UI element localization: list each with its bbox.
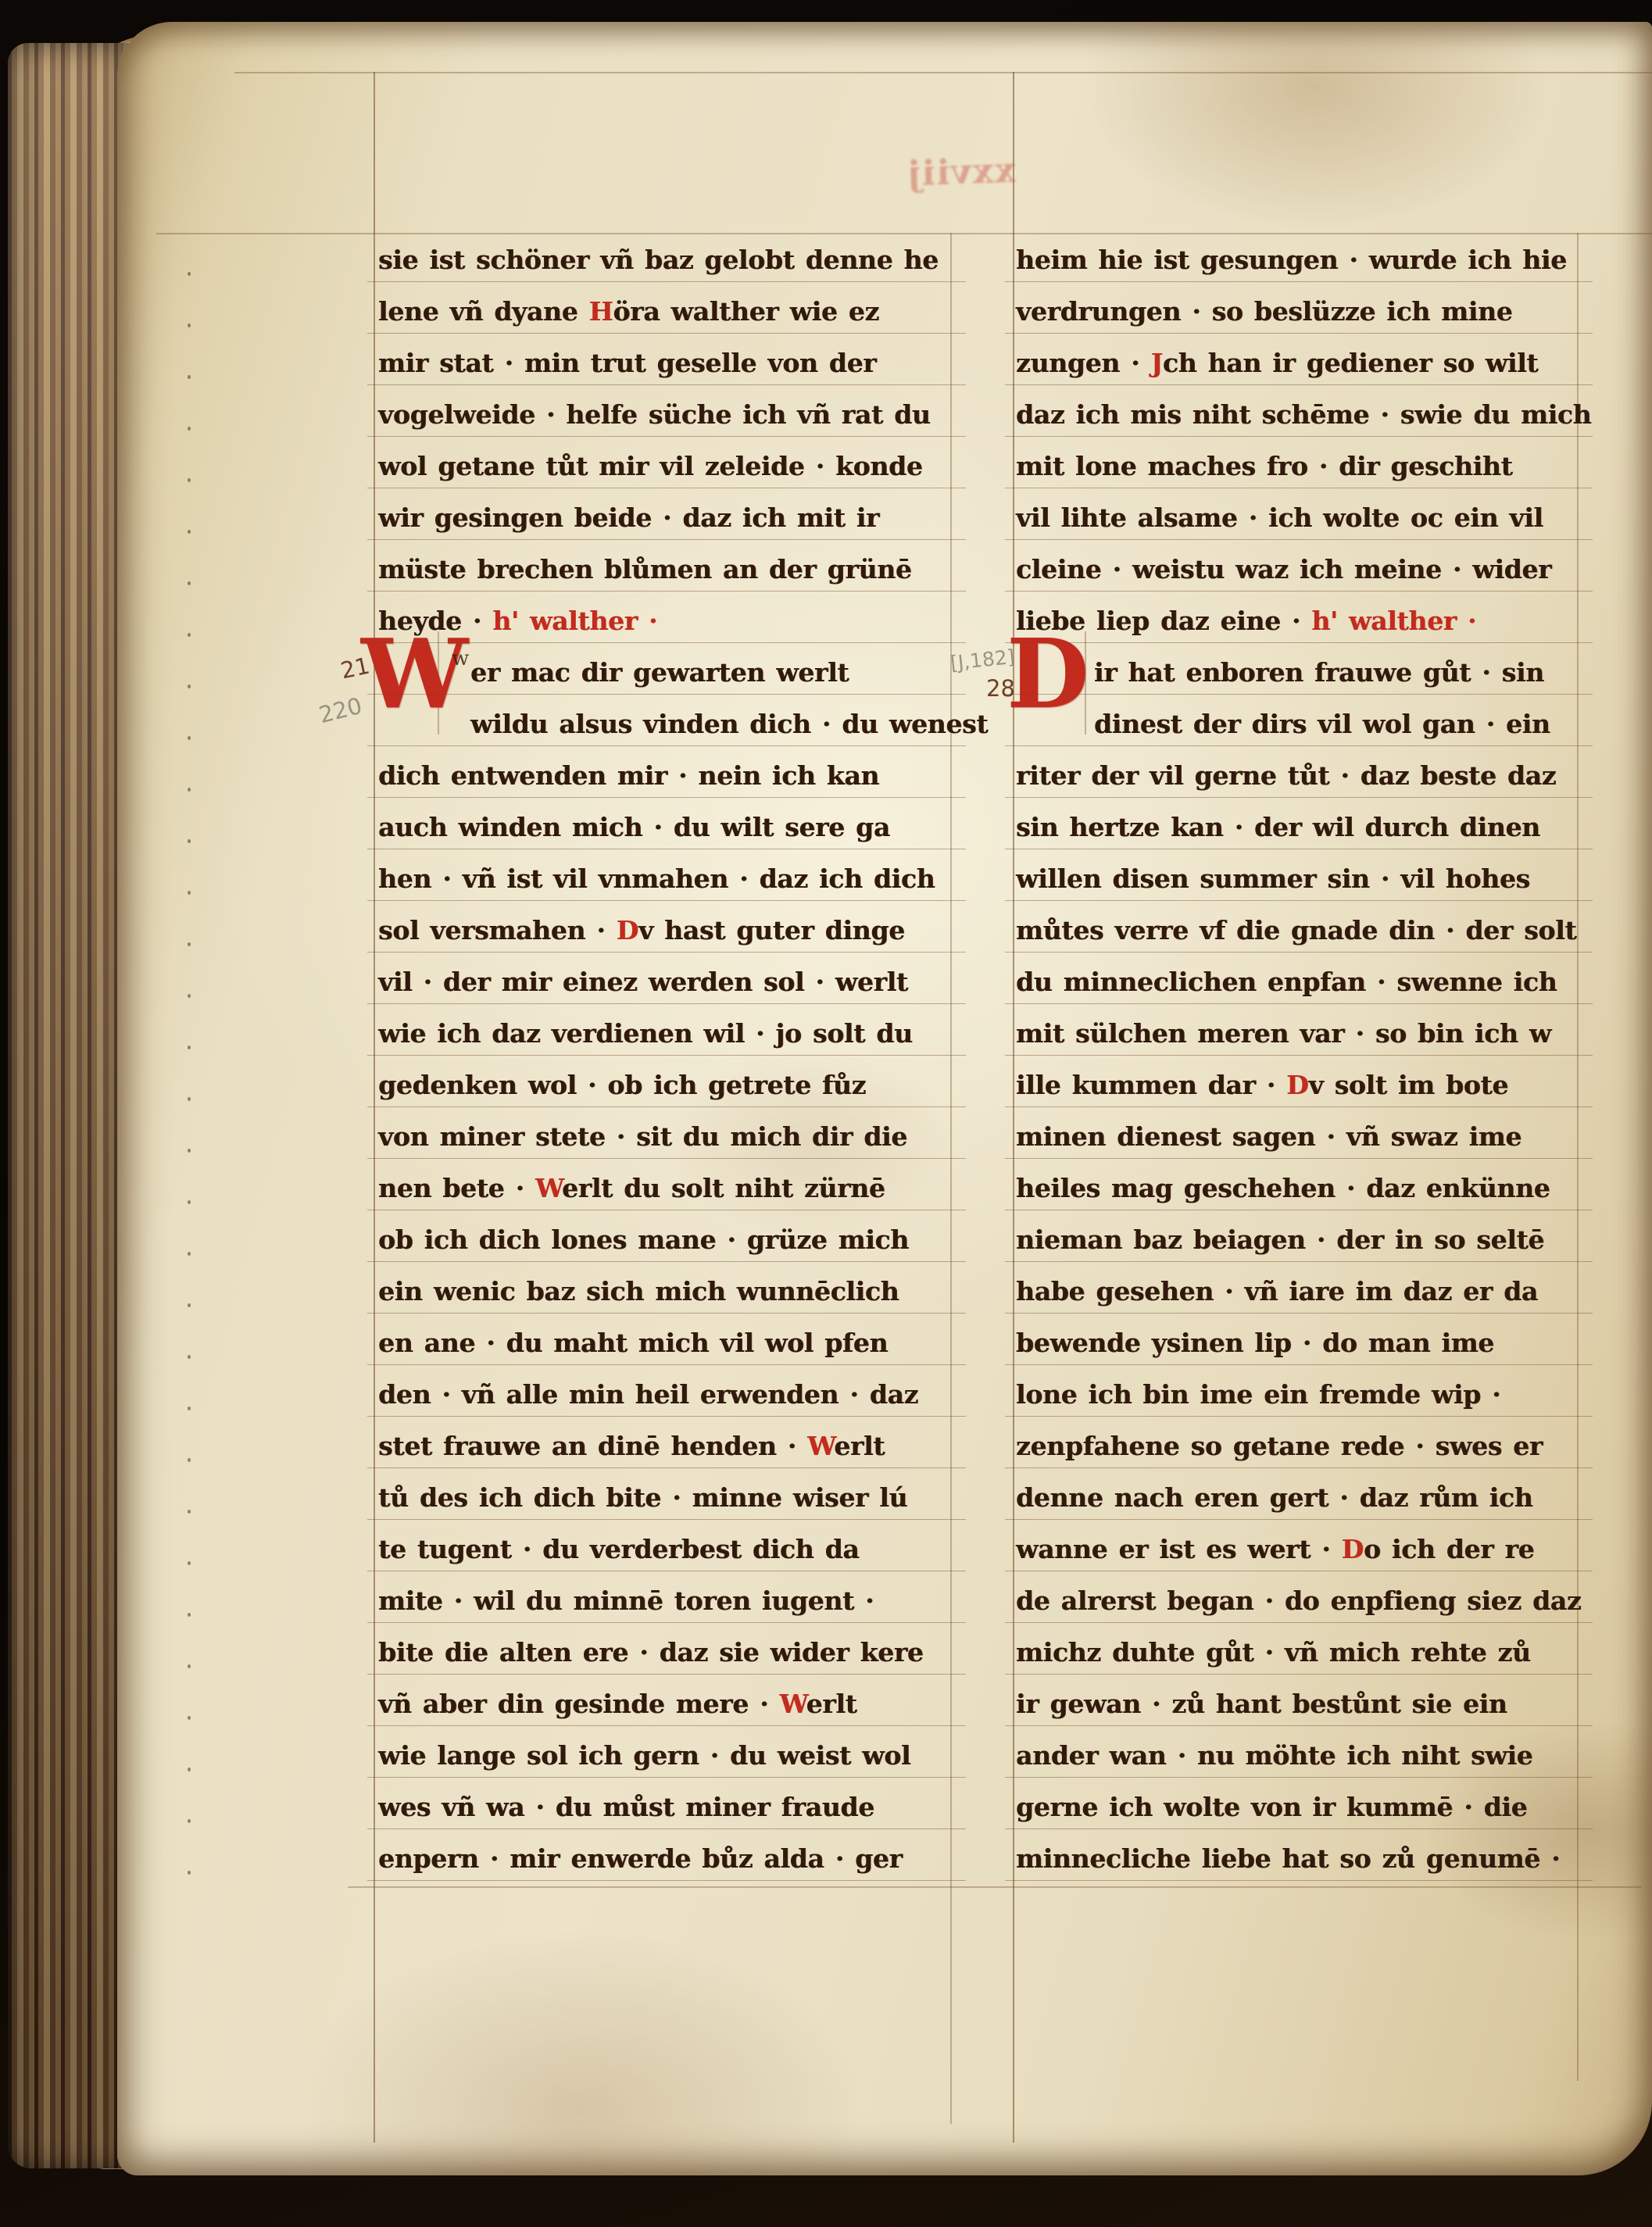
text-line: cleine · weistu waz ich meine · wider <box>1016 545 1580 597</box>
ink-text: sol versmahen · <box>378 915 617 945</box>
text-line: minen dienest sagen · vñ swaz ime <box>1016 1113 1580 1164</box>
text-line: wie lange sol ich gern · du weist wol <box>378 1732 953 1783</box>
gutter-note-ink-28: 28 <box>986 675 1015 702</box>
text-line: auch winden mich · du wilt sere ga <box>378 803 953 855</box>
rubric-text: W <box>779 1689 806 1719</box>
prick-mark <box>188 1768 191 1771</box>
text-line: heiles mag geschehen · daz enkünne <box>1016 1164 1580 1216</box>
prick-mark <box>188 633 191 637</box>
text-line: en ane · du maht mich vil wol pfen <box>378 1319 953 1371</box>
prick-mark <box>188 375 191 379</box>
prick-mark <box>188 839 191 843</box>
text-line: de alrerst began · do enpfieng siez daz <box>1016 1577 1580 1628</box>
text-line: bewende ysinen lip · do man ime <box>1016 1319 1580 1371</box>
prick-mark <box>188 942 191 946</box>
text-column-right: heim hie ist gesungen · wurde ich hiever… <box>1016 236 1580 1886</box>
rubric-text: D <box>617 915 638 945</box>
text-line: nen bete · Werlt du solt niht zürnē <box>378 1164 953 1216</box>
ruling-right-col-left <box>1013 72 1014 2143</box>
text-line: heim hie ist gesungen · wurde ich hie <box>1016 236 1580 288</box>
prick-mark <box>188 272 191 276</box>
rubric-text: h' walther · <box>492 606 657 636</box>
text-line: ein wenic baz sich mich wunnēclich <box>378 1267 953 1319</box>
ink-text: ch han ir gediener so wilt <box>1163 348 1538 378</box>
rubric-text: W <box>535 1173 562 1203</box>
ink-text: stet frauwe an dinē henden · <box>378 1431 807 1461</box>
prick-mark <box>188 581 191 585</box>
text-line: denne nach eren gert · daz rům ich <box>1016 1474 1580 1525</box>
ink-text: nen bete · <box>378 1173 535 1203</box>
rubric-text: J <box>1151 348 1163 378</box>
text-line: sol versmahen · Dv hast guter dinge <box>378 906 953 958</box>
text-line: willen disen summer sin · vil hohes <box>1016 855 1580 906</box>
ink-text: heyde · <box>378 606 492 636</box>
text-line: mit sülchen meren var · so bin ich w <box>1016 1010 1580 1061</box>
text-line: mite · wil du minnē toren iugent · <box>378 1577 953 1628</box>
ruling-textblock-bottom <box>348 1886 1641 1888</box>
text-line: wanne er ist es wert · Do ich der re <box>1016 1525 1580 1577</box>
prick-mark <box>188 1046 191 1049</box>
text-line: habe gesehen · vñ iare im daz er da <box>1016 1267 1580 1319</box>
text-line: enpern · mir enwerde bůz alda · ger <box>378 1835 953 1886</box>
ink-text: v hast guter dinge <box>638 915 905 945</box>
text-line: vil · der mir einez werden sol · werlt <box>378 958 953 1010</box>
prick-mark <box>188 1149 191 1153</box>
text-column-left: sie ist schöner vñ baz gelobt denne hele… <box>378 236 953 1886</box>
rubric-text: H <box>589 296 613 327</box>
prick-mark <box>188 1458 191 1462</box>
text-line: ir gewan · zů hant bestůnt sie ein <box>1016 1680 1580 1732</box>
prick-mark <box>188 1819 191 1823</box>
text-line: hen · vñ ist vil vnmahen · daz ich dich <box>378 855 953 906</box>
prick-mark <box>188 685 191 688</box>
prick-mark <box>188 1252 191 1256</box>
prick-mark <box>188 736 191 740</box>
text-line: wol getane tůt mir vil zeleide · konde <box>378 442 953 494</box>
text-line: du minneclichen enpfan · swenne ich <box>1016 958 1580 1010</box>
text-line: tů des ich dich bite · minne wiser lú <box>378 1474 953 1525</box>
ink-text: liebe liep daz eine · <box>1016 606 1311 636</box>
ink-text: v solt im bote <box>1309 1070 1509 1100</box>
prick-mark <box>188 427 191 431</box>
text-line: lone ich bin ime ein fremde wip · <box>1016 1371 1580 1422</box>
prick-mark <box>188 1613 191 1617</box>
prick-mark <box>188 1716 191 1720</box>
text-line: michz duhte gůt · vñ mich rehte zů <box>1016 1628 1580 1680</box>
text-line: wie ich daz verdienen wil · jo solt du <box>378 1010 953 1061</box>
text-line: von miner stete · sit du mich dir die <box>378 1113 953 1164</box>
text-line: minnecliche liebe hat so zů genumē · <box>1016 1835 1580 1886</box>
ink-text: o ich der re <box>1364 1534 1534 1564</box>
prick-mark <box>188 788 191 792</box>
text-line: nieman baz beiagen · der in so seltē <box>1016 1216 1580 1267</box>
ink-text: wanne er ist es wert · <box>1016 1534 1342 1564</box>
text-line: wildu alsus vinden dich · du wenest <box>378 700 953 752</box>
text-line: zungen · Jch han ir gediener so wilt <box>1016 339 1580 391</box>
text-line: er mac dir gewarten werlt <box>378 649 953 700</box>
rubric-text: D <box>1342 1534 1364 1564</box>
ink-text: öra walther wie ez <box>613 296 878 327</box>
ink-text: erlt <box>834 1431 885 1461</box>
text-line: dich entwenden mir · nein ich kan <box>378 752 953 803</box>
ink-text: erlt <box>806 1689 857 1719</box>
text-line: sie ist schöner vñ baz gelobt denne he <box>378 236 953 288</box>
text-line: vil lihte alsame · ich wolte oc ein vil <box>1016 494 1580 545</box>
text-line: wes vñ wa · du můst miner fraude <box>378 1783 953 1835</box>
prick-mark <box>188 1407 191 1410</box>
text-line: ir hat enboren frauwe gůt · sin <box>1016 649 1580 700</box>
prick-mark <box>188 1097 191 1101</box>
prick-mark <box>188 994 191 998</box>
prick-mark <box>188 1664 191 1668</box>
ink-text: vñ aber din gesinde mere · <box>378 1689 779 1719</box>
ruling-top-margin <box>234 72 1652 73</box>
text-line: daz ich mis niht schēme · swie du mich <box>1016 391 1580 442</box>
text-line: ander wan · nu möhte ich niht swie <box>1016 1732 1580 1783</box>
rubric-text: D <box>1286 1070 1308 1100</box>
text-line: můtes verre vf die gnade din · der solt <box>1016 906 1580 958</box>
text-line: ille kummen dar · Dv solt im bote <box>1016 1061 1580 1113</box>
text-line: zenpfahene so getane rede · swes er <box>1016 1422 1580 1474</box>
ink-text: erlt du solt niht zürnē <box>562 1173 885 1203</box>
rubric-text: h' walther · <box>1311 606 1476 636</box>
prick-mark <box>188 1561 191 1565</box>
text-line: den · vñ alle min heil erwenden · daz <box>378 1371 953 1422</box>
prick-mark <box>188 891 191 895</box>
folio-number-red-offset: xxviij <box>906 151 1016 195</box>
text-line: verdrungen · so beslüzze ich mine <box>1016 288 1580 339</box>
text-line: müste brechen blůmen an der grünē <box>378 545 953 597</box>
text-line: gerne ich wolte von ir kummē · die <box>1016 1783 1580 1835</box>
rubric-text: W <box>807 1431 834 1461</box>
prick-mark <box>188 530 191 534</box>
text-line: liebe liep daz eine · h' walther · <box>1016 597 1580 649</box>
prick-mark <box>188 324 191 327</box>
prick-mark <box>188 1303 191 1307</box>
text-line: vñ aber din gesinde mere · Werlt <box>378 1680 953 1732</box>
text-line: mit lone maches fro · dir geschiht <box>1016 442 1580 494</box>
prick-mark <box>188 1200 191 1204</box>
ruling-left-col-left <box>374 72 375 2143</box>
text-line: wir gesingen beide · daz ich mit ir <box>378 494 953 545</box>
text-line: mir stat · min trut geselle von der <box>378 339 953 391</box>
prick-mark <box>188 1355 191 1359</box>
prick-mark <box>188 1871 191 1875</box>
text-line: vogelweide · helfe süche ich vñ rat du <box>378 391 953 442</box>
text-line: stet frauwe an dinē henden · Werlt <box>378 1422 953 1474</box>
prick-mark <box>188 478 191 482</box>
text-line: ob ich dich lones mane · grüze mich <box>378 1216 953 1267</box>
text-line: bite die alten ere · daz sie wider kere <box>378 1628 953 1680</box>
ink-text: ille kummen dar · <box>1016 1070 1286 1100</box>
text-line: riter der vil gerne tůt · daz beste daz <box>1016 752 1580 803</box>
text-line: heyde · h' walther · <box>378 597 953 649</box>
text-line: gedenken wol · ob ich getrete fůz <box>378 1061 953 1113</box>
ink-text: lene vñ dyane <box>378 296 589 327</box>
ruling-textblock-top <box>156 233 1652 234</box>
ink-text: zungen · <box>1016 348 1151 378</box>
prick-mark <box>188 1510 191 1514</box>
text-line: sin hertze kan · der wil durch dinen <box>1016 803 1580 855</box>
text-line: dinest der dirs vil wol gan · ein <box>1016 700 1580 752</box>
text-line: te tugent · du verderbest dich da <box>378 1525 953 1577</box>
manuscript-photograph: W w D sie ist schöner vñ baz gelobt denn… <box>0 0 1652 2227</box>
text-line: lene vñ dyane Höra walther wie ez <box>378 288 953 339</box>
